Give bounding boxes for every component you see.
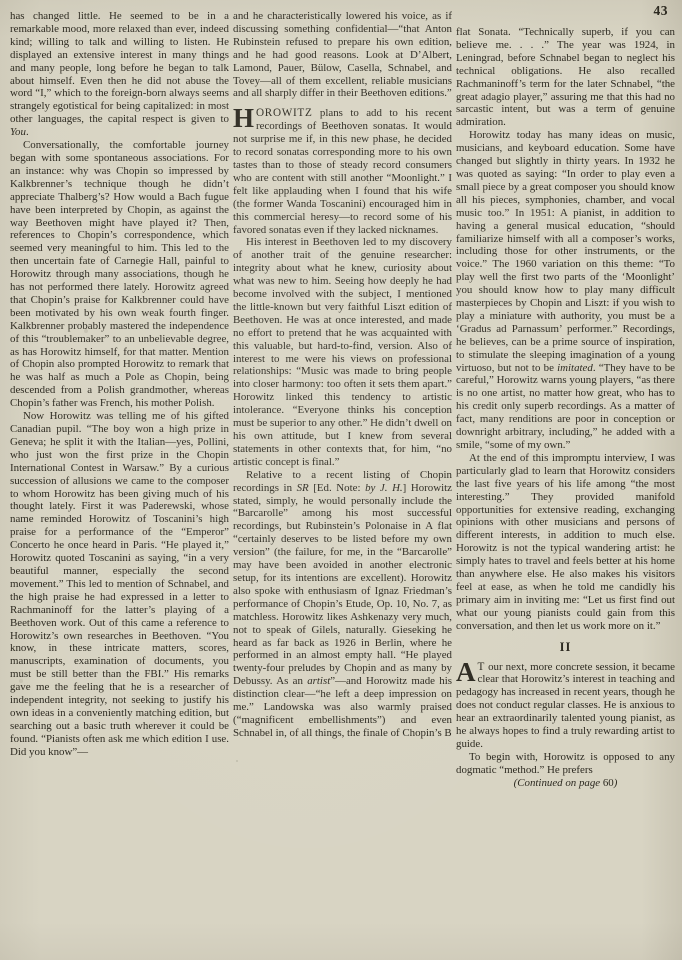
continuation-paragraph: and he characteristically lowered his vo… — [233, 10, 452, 100]
column-1: has changed little. He seemed to be in a… — [10, 10, 229, 952]
continued-note: (Continued on page 60) — [456, 777, 675, 790]
section-opening-paragraph: AT our next, more concrete session, it b… — [456, 661, 675, 751]
paragraph: Now Horowitz was telling me of his gifte… — [10, 410, 229, 758]
paragraph: At the end of this impromptu interview, … — [456, 452, 675, 633]
drop-cap: A — [456, 662, 476, 682]
continuation-paragraph: has changed little. He seemed to be in a… — [10, 10, 229, 139]
paragraph: Conversationally, the comfortable journe… — [10, 139, 229, 410]
continuation-paragraph: flat Sonata. “Technically superb, if you… — [456, 26, 675, 129]
paragraph: Relative to a recent listing of Chopin r… — [233, 469, 452, 740]
page-number: 43 — [654, 3, 669, 19]
drop-cap: H — [233, 108, 254, 128]
run-in-caps: OROWITZ — [256, 107, 312, 119]
paragraph: To begin with, Horowitz is opposed to an… — [456, 751, 675, 777]
section-opening-paragraph: HOROWITZ plans to add to his recent reco… — [233, 107, 452, 236]
scan-speck — [180, 120, 182, 122]
section-heading: II — [456, 641, 675, 654]
magazine-page: 43 has changed little. He seemed to be i… — [0, 0, 682, 960]
run-in-caps: T — [478, 661, 486, 673]
paragraph: Horowitz today has many ideas on music, … — [456, 129, 675, 452]
column-2: and he characteristically lowered his vo… — [233, 10, 452, 952]
column-3: flat Sonata. “Technically superb, if you… — [456, 10, 675, 952]
paragraph: His interest in Beethoven led to my disc… — [233, 236, 452, 468]
